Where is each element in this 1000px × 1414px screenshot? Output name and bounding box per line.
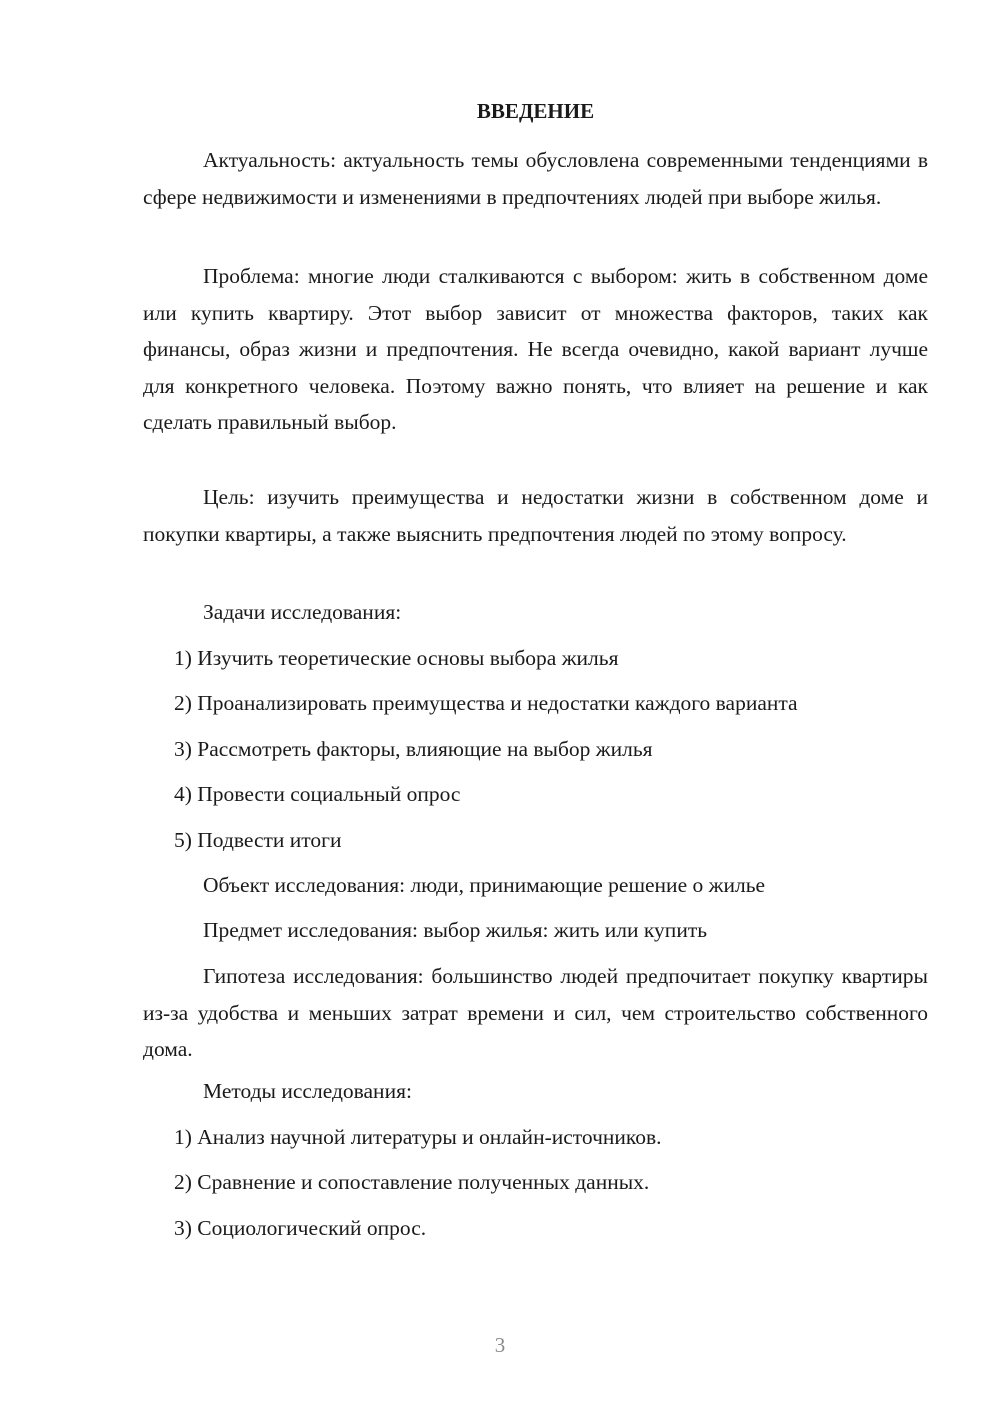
task-item: 2) Проанализировать преимущества и недос… <box>174 688 798 718</box>
page-title: ВВЕДЕНИЕ <box>143 96 928 126</box>
page-number: 3 <box>0 1333 1000 1358</box>
methods-heading: Методы исследования: <box>203 1076 412 1106</box>
research-object: Объект исследования: люди, принимающие р… <box>203 870 765 900</box>
task-item: 5) Подвести итоги <box>174 825 342 855</box>
goal-paragraph: Цель: изучить преимущества и недостатки … <box>143 479 928 552</box>
method-item: 1) Анализ научной литературы и онлайн-ис… <box>174 1122 662 1152</box>
research-subject: Предмет исследования: выбор жилья: жить … <box>203 915 707 945</box>
method-item: 3) Социологический опрос. <box>174 1213 426 1243</box>
hypothesis-paragraph: Гипотеза исследования: большинство людей… <box>143 958 928 1068</box>
task-item: 3) Рассмотреть факторы, влияющие на выбо… <box>174 734 653 764</box>
method-item: 2) Сравнение и сопоставление полученных … <box>174 1167 649 1197</box>
relevance-paragraph: Актуальность: актуальность темы обусловл… <box>143 142 928 215</box>
task-item: 4) Провести социальный опрос <box>174 779 460 809</box>
problem-paragraph: Проблема: многие люди сталкиваются с выб… <box>143 258 928 441</box>
task-item: 1) Изучить теоретические основы выбора ж… <box>174 643 618 673</box>
tasks-heading: Задачи исследования: <box>203 597 401 627</box>
